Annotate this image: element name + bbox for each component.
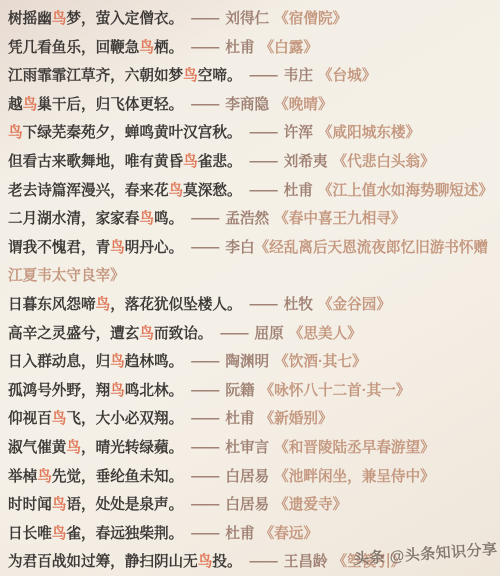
quote-after: ，晴光转绿蘋。 bbox=[81, 440, 183, 456]
poet-name: 杜审言 bbox=[225, 440, 269, 456]
quote-before: 孤鸿号外野，翔 bbox=[8, 383, 110, 399]
poem-entry: 江雨霏霏江草齐，六朝如梦鸟空啼。——韦庄《台城》 bbox=[8, 62, 494, 91]
quote-before: 谓我不愧君，青 bbox=[8, 240, 110, 256]
quote-after: 语，处处是泉声。 bbox=[66, 497, 183, 513]
bird-highlight: 鸟 bbox=[37, 469, 52, 485]
poem-title: 《晚晴》 bbox=[274, 97, 332, 113]
quote-before: 二月湖水清，家家春 bbox=[8, 211, 139, 227]
quote-before: 江雨霏霏江草齐，六朝如梦 bbox=[8, 68, 183, 84]
poem-entry: 但看古来歌舞地，唯有黄昏鸟雀悲。——刘希夷《代悲白头翁》 bbox=[8, 148, 494, 177]
quote-before: 日长唯 bbox=[8, 526, 52, 542]
poem-entry: 孤鸿号外野，翔鸟鸣北林。——阮籍《咏怀八十二首·其一》 bbox=[8, 377, 494, 406]
poem-entry: 淑气催黄鸟，晴光转绿蘋。——杜审言《和晋陵陆丞早春游望》 bbox=[8, 434, 494, 463]
poem-title: 《代悲白头翁》 bbox=[333, 154, 435, 170]
attribution-dash: —— bbox=[191, 469, 218, 485]
poem-entry: 老去诗篇浑漫兴，春来花鸟莫深愁。——杜甫《江上值水如海势聊短述》 bbox=[8, 177, 494, 206]
poet-name: 王昌龄 bbox=[284, 554, 328, 570]
poem-title: 《春远》 bbox=[260, 526, 318, 542]
poem-entry: 仰视百鸟飞，大小必双翔。——杜甫《新婚别》 bbox=[8, 405, 494, 434]
quote-before: 高辛之灵盛兮，遭玄 bbox=[8, 326, 139, 342]
bird-highlight: 鸟 bbox=[183, 154, 198, 170]
quote-after: ，落花犹似坠楼人。 bbox=[110, 297, 241, 313]
bird-highlight: 鸟 bbox=[52, 526, 67, 542]
attribution-dash: —— bbox=[250, 154, 277, 170]
poet-name: 屈原 bbox=[255, 326, 284, 342]
quote-before: 为君百战如过筹，静扫阴山无 bbox=[8, 554, 198, 570]
attribution-dash: —— bbox=[220, 326, 247, 342]
bird-highlight: 鸟 bbox=[110, 240, 125, 256]
quote-after: 趋林鸣。 bbox=[125, 354, 183, 370]
poem-title: 《思美人》 bbox=[289, 326, 362, 342]
poet-name: 阮籍 bbox=[225, 383, 254, 399]
bird-highlight: 鸟 bbox=[110, 383, 125, 399]
poem-entry: 高辛之灵盛兮，遭玄鸟而致诒。——屈原《思美人》 bbox=[8, 320, 494, 349]
poet-name: 李白 bbox=[225, 240, 254, 256]
attribution-dash: —— bbox=[191, 440, 218, 456]
quote-before: 仰视百 bbox=[8, 411, 52, 427]
bird-highlight: 鸟 bbox=[139, 211, 154, 227]
attribution-dash: —— bbox=[191, 211, 218, 227]
quote-before: 举棹 bbox=[8, 469, 37, 485]
poem-title: 《春中喜王九相寻》 bbox=[274, 211, 405, 227]
quote-after: 梦，萤入定僧衣。 bbox=[66, 11, 183, 27]
poet-name: 许浑 bbox=[284, 125, 313, 141]
quote-after: 先觉，垂纶鱼未知。 bbox=[52, 469, 183, 485]
quote-before: 时时闻 bbox=[8, 497, 52, 513]
poem-entry: 日入群动息，归鸟趋林鸣。——陶渊明《饮酒·其七》 bbox=[8, 348, 494, 377]
poet-name: 杜甫 bbox=[225, 411, 254, 427]
poem-entry: 日暮东风怨啼鸟，落花犹似坠楼人。——杜牧《金谷园》 bbox=[8, 291, 494, 320]
quote-after: 而致诒。 bbox=[154, 326, 212, 342]
attribution-dash: —— bbox=[191, 97, 218, 113]
attribution-dash: —— bbox=[250, 297, 277, 313]
poem-title: 《金谷园》 bbox=[318, 297, 391, 313]
poem-title: 《台城》 bbox=[318, 68, 376, 84]
poem-entry: 二月湖水清，家家春鸟鸣。——孟浩然《春中喜王九相寻》 bbox=[8, 205, 494, 234]
poem-entry: 鸟下绿芜秦苑夕，蝉鸣黄叶汉宫秋。——许浑《咸阳城东楼》 bbox=[8, 119, 494, 148]
poem-entry: 举棹鸟先觉，垂纶鱼未知。——白居易《池畔闲坐，兼呈侍中》 bbox=[8, 463, 494, 492]
quote-before: 日暮东风怨啼 bbox=[8, 297, 96, 313]
attribution-dash: —— bbox=[191, 411, 218, 427]
attribution-dash: —— bbox=[191, 497, 218, 513]
poem-title: 《白露》 bbox=[260, 40, 318, 56]
quote-after: 明丹心。 bbox=[125, 240, 183, 256]
attribution-dash: —— bbox=[250, 125, 277, 141]
poet-name: 李商隐 bbox=[225, 97, 269, 113]
poem-entry: 谓我不愧君，青鸟明丹心。——李白《经乱离后天恩流夜郎忆旧游书怀赠江夏韦太守良宰》 bbox=[8, 234, 494, 291]
poem-title: 《宿僧院》 bbox=[274, 11, 347, 27]
poem-title: 《咸阳城东楼》 bbox=[318, 125, 420, 141]
attribution-dash: —— bbox=[191, 40, 218, 56]
bird-highlight: 鸟 bbox=[169, 183, 184, 199]
quote-before: 但看古来歌舞地，唯有黄昏 bbox=[8, 154, 183, 170]
quote-after: 巢干后，归飞体更轻。 bbox=[37, 97, 183, 113]
quote-before: 树摇幽 bbox=[8, 11, 52, 27]
quote-before: 凭几看鱼乐，回鞭急 bbox=[8, 40, 139, 56]
poem-entry: 树摇幽鸟梦，萤入定僧衣。——刘得仁《宿僧院》 bbox=[8, 5, 494, 34]
poem-entry: 凭几看鱼乐，回鞭急鸟栖。——杜甫《白露》 bbox=[8, 34, 494, 63]
quote-after: 投。 bbox=[212, 554, 241, 570]
bird-highlight: 鸟 bbox=[52, 497, 67, 513]
bird-highlight: 鸟 bbox=[110, 354, 125, 370]
quote-before: 越 bbox=[8, 97, 23, 113]
poet-name: 刘希夷 bbox=[284, 154, 328, 170]
poet-name: 孟浩然 bbox=[225, 211, 269, 227]
poem-title: 《咏怀八十二首·其一》 bbox=[260, 383, 411, 399]
poem-title: 《池畔闲坐，兼呈侍中》 bbox=[274, 469, 435, 485]
poem-title: 《新婚别》 bbox=[260, 411, 333, 427]
poem-entry: 越鸟巢干后，归飞体更轻。——李商隐《晚晴》 bbox=[8, 91, 494, 120]
poet-name: 刘得仁 bbox=[225, 11, 269, 27]
attribution-dash: —— bbox=[191, 383, 218, 399]
quote-after: 鸣。 bbox=[154, 211, 183, 227]
poet-name: 韦庄 bbox=[284, 68, 313, 84]
bird-highlight: 鸟 bbox=[8, 125, 23, 141]
quote-after: 栖。 bbox=[154, 40, 183, 56]
quote-before: 老去诗篇浑漫兴，春来花 bbox=[8, 183, 169, 199]
poet-name: 杜甫 bbox=[225, 526, 254, 542]
quote-after: 雀悲。 bbox=[198, 154, 242, 170]
quote-after: 下绿芜秦苑夕，蝉鸣黄叶汉宫秋。 bbox=[23, 125, 242, 141]
poem-title: 《江上值水如海势聊短述》 bbox=[318, 183, 493, 199]
attribution-dash: —— bbox=[191, 11, 218, 27]
quote-before: 淑气催黄 bbox=[8, 440, 66, 456]
bird-highlight: 鸟 bbox=[183, 68, 198, 84]
bird-highlight: 鸟 bbox=[139, 326, 154, 342]
bird-highlight: 鸟 bbox=[52, 411, 67, 427]
poet-name: 白居易 bbox=[225, 469, 269, 485]
poem-quotes-page: 树摇幽鸟梦，萤入定僧衣。——刘得仁《宿僧院》凭几看鱼乐，回鞭急鸟栖。——杜甫《白… bbox=[0, 0, 500, 576]
attribution-dash: —— bbox=[191, 354, 218, 370]
poem-title: 《遗爱寺》 bbox=[274, 497, 347, 513]
attribution-dash: —— bbox=[191, 240, 218, 256]
poet-name: 杜牧 bbox=[284, 297, 313, 313]
quote-after: 雀，春远独柴荆。 bbox=[66, 526, 183, 542]
poem-entry: 时时闻鸟语，处处是泉声。——白居易《遗爱寺》 bbox=[8, 491, 494, 520]
attribution-dash: —— bbox=[250, 68, 277, 84]
bird-highlight: 鸟 bbox=[96, 297, 111, 313]
quote-after: 鸣北林。 bbox=[125, 383, 183, 399]
poet-name: 杜甫 bbox=[225, 40, 254, 56]
attribution-dash: —— bbox=[250, 183, 277, 199]
quote-after: 莫深愁。 bbox=[183, 183, 241, 199]
poem-list: 树摇幽鸟梦，萤入定僧衣。——刘得仁《宿僧院》凭几看鱼乐，回鞭急鸟栖。——杜甫《白… bbox=[8, 5, 494, 576]
bird-highlight: 鸟 bbox=[139, 40, 154, 56]
bird-highlight: 鸟 bbox=[23, 97, 38, 113]
attribution-dash: —— bbox=[250, 554, 277, 570]
poet-name: 白居易 bbox=[225, 497, 269, 513]
bird-highlight: 鸟 bbox=[198, 554, 213, 570]
bird-highlight: 鸟 bbox=[52, 11, 67, 27]
poem-title: 《和晋陵陆丞早春游望》 bbox=[274, 440, 435, 456]
bird-highlight: 鸟 bbox=[66, 440, 81, 456]
quote-after: 飞，大小必双翔。 bbox=[66, 411, 183, 427]
attribution-dash: —— bbox=[191, 526, 218, 542]
quote-after: 空啼。 bbox=[198, 68, 242, 84]
poem-title: 《饮酒·其七》 bbox=[274, 354, 366, 370]
poet-name: 陶渊明 bbox=[225, 354, 269, 370]
quote-before: 日入群动息，归 bbox=[8, 354, 110, 370]
poet-name: 杜甫 bbox=[284, 183, 313, 199]
